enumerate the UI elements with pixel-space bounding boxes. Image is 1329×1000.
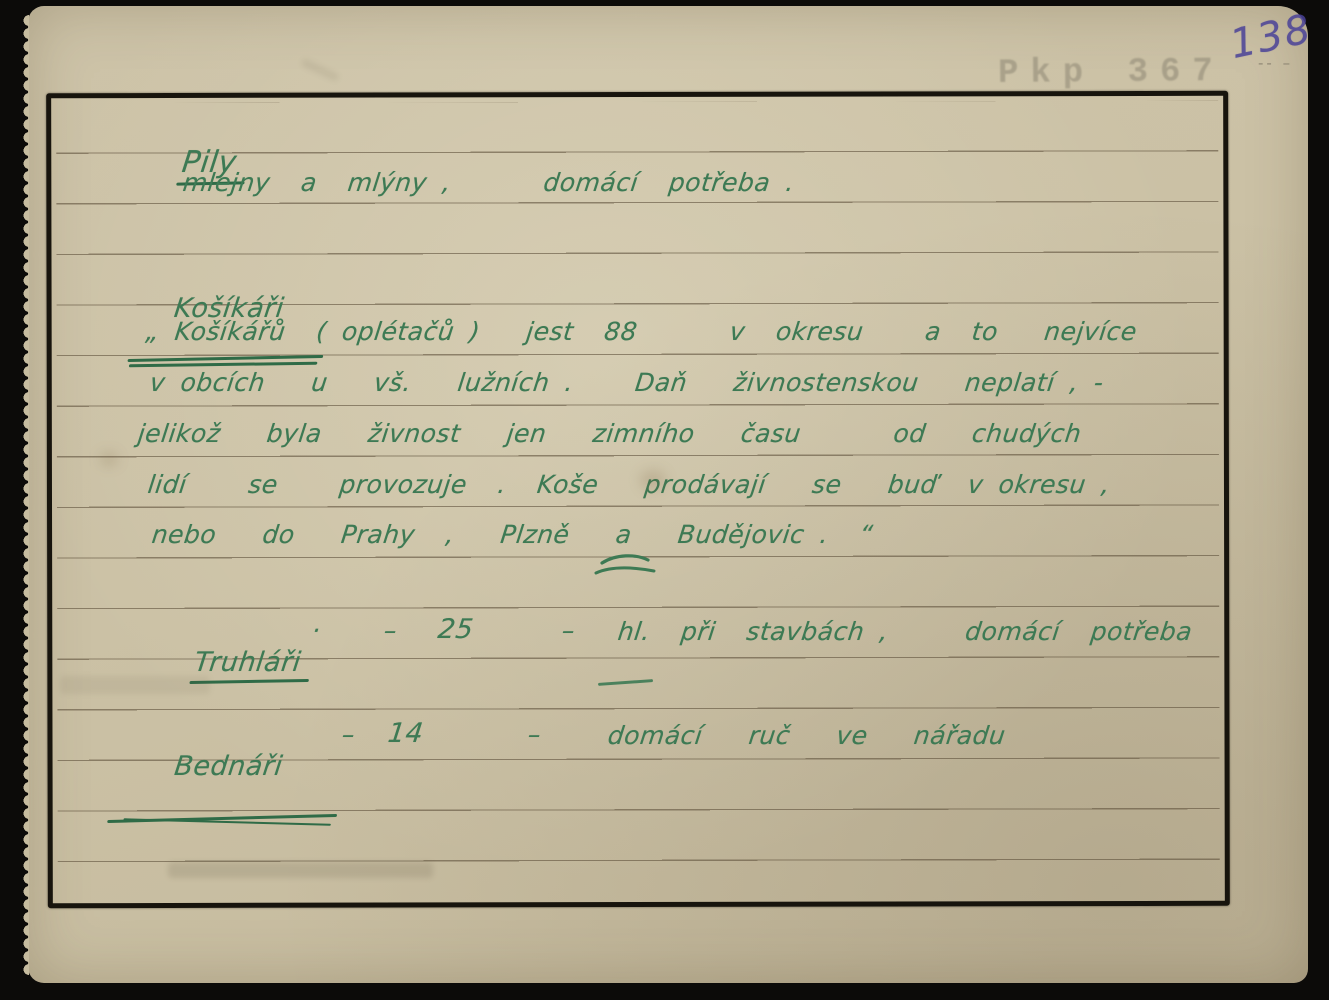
scanned-document: 138 Pkp 367 -- – Pily mlejny a mlýny , d… (0, 0, 1329, 1000)
paragraph-line: jelikož byla živnost jen zimního času od… (136, 419, 1083, 448)
heading-bednari: Bednáři (114, 720, 288, 813)
paragraph-line: lidí se provozuje . Koše prodávají se bu… (146, 470, 1111, 499)
archive-stamp: Pkp 367 (998, 53, 1225, 93)
paper-stain (100, 452, 118, 466)
note-truhlari: hl. při stavbách , domácí potřeba (616, 617, 1194, 646)
paragraph-line: v obcích u vš. lužních . Daň živnostensk… (148, 368, 1105, 397)
perforated-edge (17, 14, 29, 975)
title-pily: Pily (136, 110, 244, 215)
paragraph-line: nebo do Prahy , Plzně a Budějovic . “ (150, 520, 874, 549)
heading-bednari-text: Bednáři (173, 751, 285, 782)
count-truhlari: 25 (436, 614, 475, 645)
ink-bleed-ghost (168, 862, 433, 878)
count-bednari: 14 (386, 718, 425, 749)
subtitle-line: mlejny a mlýny , domácí potřeba . (181, 168, 796, 197)
ink-bleed-ghost (60, 676, 210, 694)
flourish-mark (592, 551, 664, 583)
paper-stain (640, 470, 666, 490)
heading-truhlari-text: Truhláři (193, 647, 303, 678)
pencil-marks: -- – (1258, 54, 1293, 72)
note-bednari: domácí ruč ve nářadu (606, 721, 1007, 750)
heading-truhlari: Truhláři (134, 616, 306, 709)
paragraph-line: „ Košíkářů ( oplétačů ) jest 88 v okresu… (144, 317, 1138, 346)
